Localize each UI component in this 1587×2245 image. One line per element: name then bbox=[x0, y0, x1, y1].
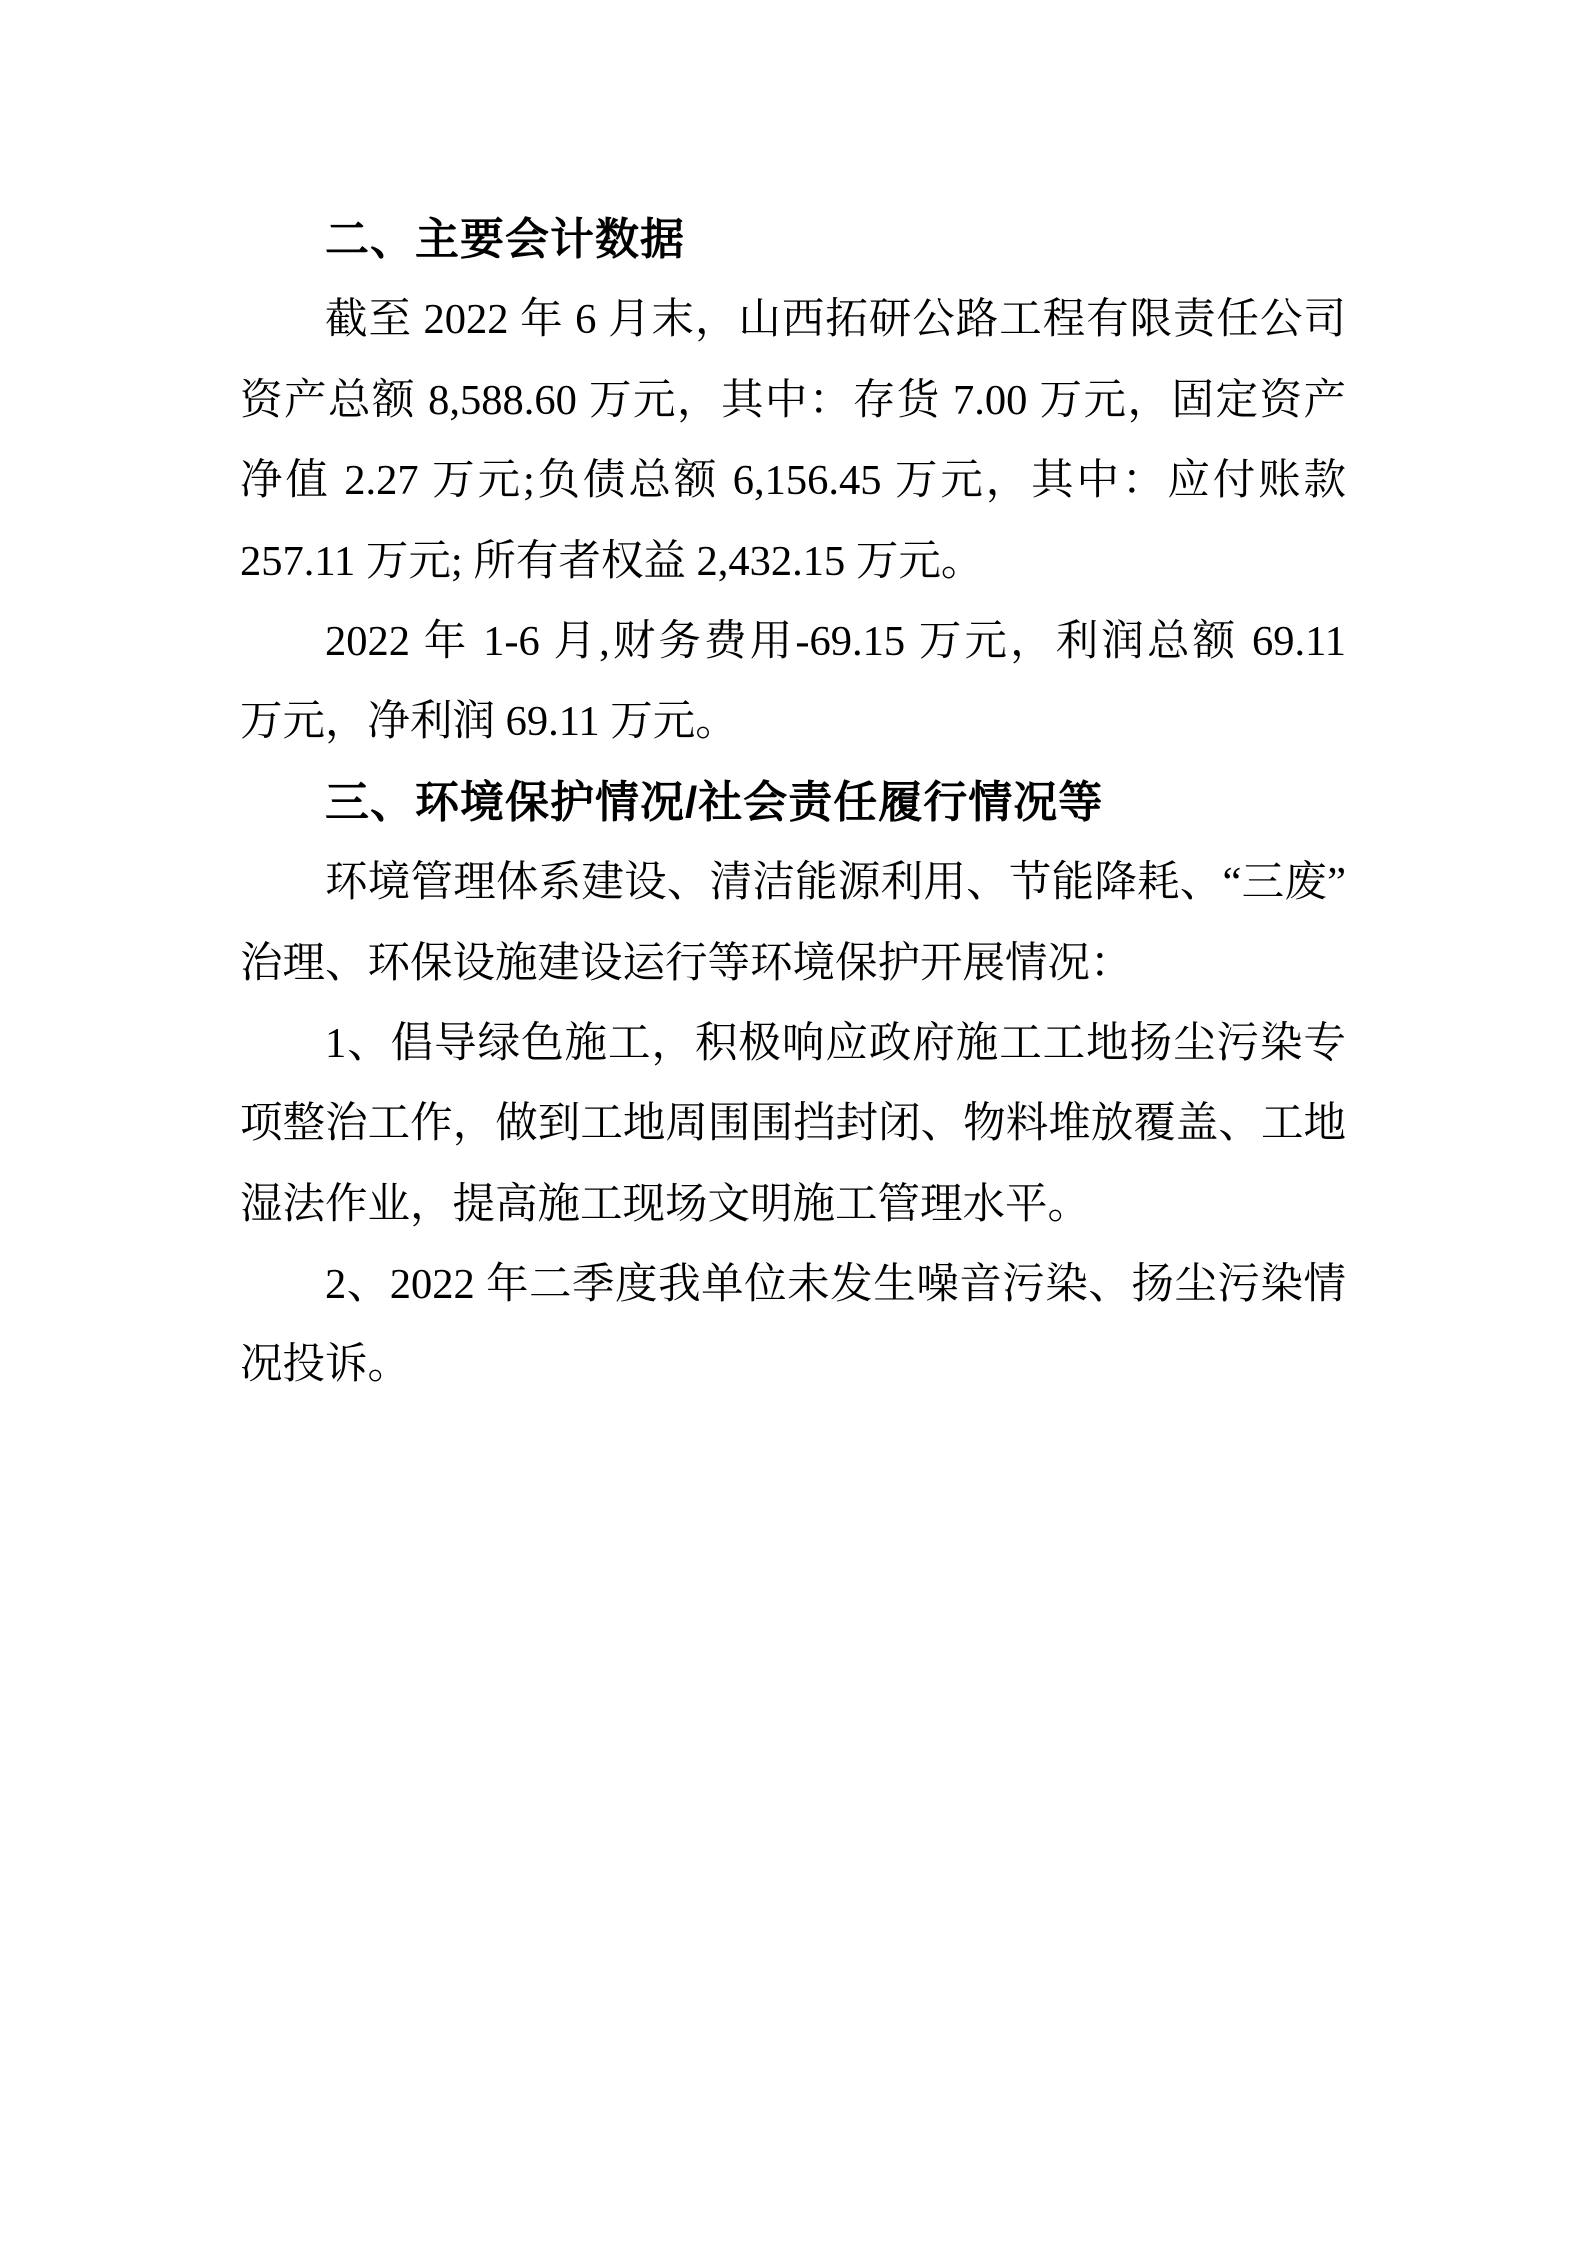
paragraph-line: 治理、环保设施建设运行等环境保护开展情况： bbox=[240, 924, 1346, 1004]
paragraph-line: 环境管理体系建设、清洁能源利用、节能降耗、“三废” bbox=[240, 843, 1346, 923]
paragraph-line: 湿法作业，提高施工现场文明施工管理水平。 bbox=[240, 1165, 1346, 1245]
document-page: 二、主要会计数据 截至 2022 年 6 月末，山西拓研公路工程有限责任公司 资… bbox=[0, 0, 1587, 2245]
paragraph-line: 257.11 万元; 所有者权益 2,432.15 万元。 bbox=[240, 522, 1346, 602]
paragraph-line: 2、2022 年二季度我单位未发生噪音污染、扬尘污染情 bbox=[240, 1245, 1346, 1325]
paragraph-line: 截至 2022 年 6 月末，山西拓研公路工程有限责任公司 bbox=[240, 280, 1346, 360]
paragraph-line: 项整治工作，做到工地周围围挡封闭、物料堆放覆盖、工地 bbox=[240, 1084, 1346, 1164]
paragraph-line: 况投诉。 bbox=[240, 1325, 1346, 1405]
section-heading-environmental-protection: 三、环境保护情况/社会责任履行情况等 bbox=[240, 763, 1346, 843]
section-heading-main-accounting-data: 二、主要会计数据 bbox=[240, 200, 1346, 280]
paragraph-line: 净值 2.27 万元;负债总额 6,156.45 万元，其中：应付账款 bbox=[240, 441, 1346, 521]
paragraph-line: 万元，净利润 69.11 万元。 bbox=[240, 682, 1346, 762]
document-text-block: 二、主要会计数据 截至 2022 年 6 月末，山西拓研公路工程有限责任公司 资… bbox=[240, 200, 1346, 1406]
paragraph-line: 1、倡导绿色施工，积极响应政府施工工地扬尘污染专 bbox=[240, 1004, 1346, 1084]
paragraph-line: 2022 年 1-6 月,财务费用-69.15 万元，利润总额 69.11 bbox=[240, 602, 1346, 682]
paragraph-line: 资产总额 8,588.60 万元，其中：存货 7.00 万元，固定资产 bbox=[240, 361, 1346, 441]
